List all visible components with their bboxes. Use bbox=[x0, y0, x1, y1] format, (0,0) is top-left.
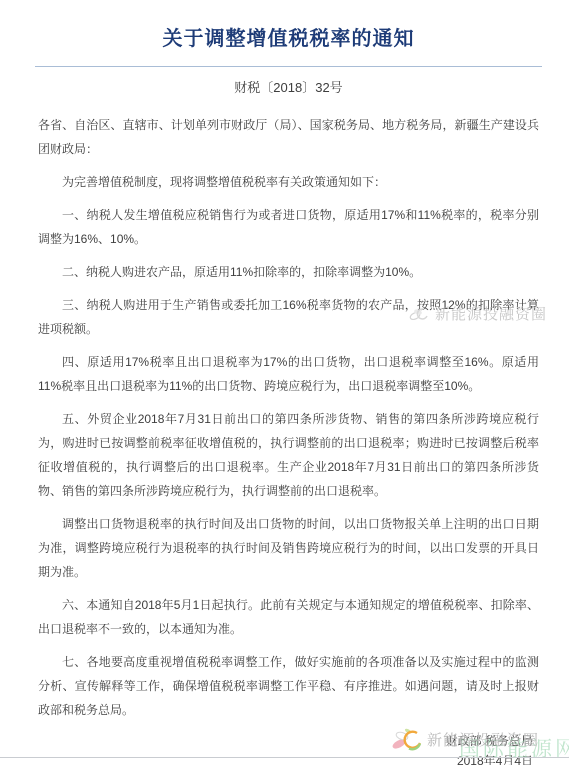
signature-block: 财政部 税务总局 2018年4月4日 bbox=[38, 731, 539, 765]
paragraph-item-4: 四、原适用17%税率且出口退税率为17%的出口货物，出口退税率调整至16%。原适… bbox=[38, 350, 539, 398]
signature-date: 2018年4月4日 bbox=[38, 751, 533, 765]
paragraph-item-5-supplement: 调整出口货物退税率的执行时间及出口货物的时间，以出口货物报关单上注明的出口日期为… bbox=[38, 512, 539, 584]
paragraph-item-6: 六、本通知自2018年5月1日起执行。此前有关规定与本通知规定的增值税税率、扣除… bbox=[38, 593, 539, 641]
paragraph-item-1: 一、纳税人发生增值税应税销售行为或者进口货物，原适用17%和11%税率的，税率分… bbox=[38, 203, 539, 251]
paragraph-item-5: 五、外贸企业2018年7月31日前出口的第四条所涉货物、销售的第四条所涉跨境应税… bbox=[38, 407, 539, 503]
paragraph-item-3: 三、纳税人购进用于生产销售或委托加工16%税率货物的农产品，按照12%的扣除率计… bbox=[38, 293, 539, 341]
title-divider bbox=[35, 66, 542, 67]
paragraph-item-2: 二、纳税人购进农产品，原适用11%扣除率的，扣除率调整为10%。 bbox=[38, 260, 539, 284]
salutation-line: 各省、自治区、直辖市、计划单列市财政厅（局）、国家税务局、地方税务局，新疆生产建… bbox=[38, 113, 539, 161]
paragraph-item-7: 七、各地要高度重视增值税税率调整工作，做好实施前的各项准备以及实施过程中的监测分… bbox=[38, 650, 539, 722]
intro-paragraph: 为完善增值税制度，现将调整增值税税率有关政策通知如下： bbox=[38, 170, 539, 194]
document-body: 各省、自治区、直辖市、计划单列市财政厅（局）、国家税务局、地方税务局，新疆生产建… bbox=[38, 113, 539, 722]
notice-document-page: 关于调整增值税税率的通知 财税〔2018〕32号 各省、自治区、直辖市、计划单列… bbox=[0, 0, 569, 765]
bottom-border-line bbox=[0, 757, 569, 758]
signature-agency: 财政部 税务总局 bbox=[38, 731, 533, 751]
document-title: 关于调整增值税税率的通知 bbox=[38, 26, 539, 52]
document-number: 财税〔2018〕32号 bbox=[38, 79, 539, 96]
